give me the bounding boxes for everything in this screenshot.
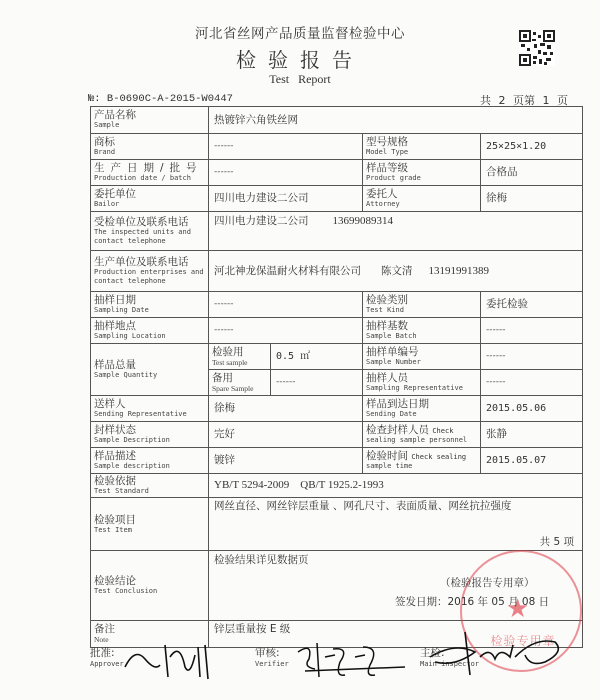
production-enterprise-name: 河北神龙保温耐火材料有限公司 bbox=[214, 265, 361, 277]
label-en-inline: Check sealing bbox=[411, 453, 466, 461]
row-test-standard: 检验依据Test Standard YB/T 5294-2009 QB/T 19… bbox=[91, 474, 583, 498]
sending-date-value: 2015.05.06 bbox=[481, 396, 583, 422]
stamp-label: （检验报告专用章） bbox=[440, 575, 535, 590]
report-title: 检验报告 bbox=[0, 44, 600, 73]
label-cn: 委托单位 bbox=[94, 188, 205, 200]
label-en: Test Item bbox=[94, 526, 205, 535]
row-brand: 商标Brand ------ 型号规格Model Type 25×25×1.20 bbox=[91, 134, 583, 160]
label-en: sealing sample personnel bbox=[366, 436, 477, 445]
inspected-units-value: 四川电力建设二公司13699089314 bbox=[209, 212, 583, 251]
label-en: Sample Number bbox=[366, 358, 477, 367]
label-en: Sending Date bbox=[366, 410, 477, 419]
label-cn: 抽样单编号 bbox=[366, 346, 477, 358]
signature-row: 批准: Approver 审核: Verifier 主检: Main inspe… bbox=[90, 645, 582, 685]
label-cn: 检验项目 bbox=[94, 514, 205, 526]
label-cn: 样品总量 bbox=[94, 359, 205, 371]
production-enterprise-phone: 13191991389 bbox=[429, 265, 490, 277]
label-en: Sample Description bbox=[94, 436, 205, 445]
production-enterprise-value: 河北神龙保温耐火材料有限公司陈文清13191991389 bbox=[209, 251, 583, 292]
row-production-enterprise: 生产单位及联系电话Production enterprises and cont… bbox=[91, 251, 583, 292]
label-cn: 备注 bbox=[94, 623, 205, 635]
sampling-location-label: 抽样地点Sampling Location bbox=[91, 318, 209, 344]
verifier-handwriting-icon bbox=[295, 637, 410, 682]
row-inspected-units: 受检单位及联系电话The inspected units and contact… bbox=[91, 212, 583, 251]
spare-sample-label: 备用Spare Sample bbox=[209, 370, 271, 396]
model-type-value: 25×25×1.20 bbox=[481, 134, 583, 160]
row-production-date: 生产日期/批号Production date / batch ------ 样品… bbox=[91, 160, 583, 186]
spare-sample-value: ------ bbox=[271, 370, 363, 396]
production-date-value: ------ bbox=[209, 160, 363, 186]
label-cn: 审核: bbox=[255, 645, 289, 660]
seal-state-value: 完好 bbox=[209, 422, 363, 448]
label-en: Test sample bbox=[212, 358, 267, 368]
production-date-label: 生产日期/批号Production date / batch bbox=[91, 160, 209, 186]
label-cn: 抽样人员 bbox=[366, 372, 477, 384]
test-item-list: 网丝直径、网丝锌层重量 、网孔尺寸、表面质量、网丝抗拉强度 bbox=[214, 500, 579, 512]
label-cn: 抽样日期 bbox=[94, 294, 205, 306]
row-sample-desc: 样品描述Sample description 镀锌 检验时间 Check sea… bbox=[91, 448, 583, 474]
label-cn: 检查封样人员 bbox=[366, 424, 429, 436]
label-en: Test Conclusion bbox=[94, 587, 205, 596]
label-cn: 检验用 bbox=[212, 346, 267, 358]
test-item-value: 网丝直径、网丝锌层重量 、网孔尺寸、表面质量、网丝抗拉强度 共 5 项 bbox=[209, 498, 583, 551]
row-sampling-date: 抽样日期Sampling Date ------ 检验类别Test Kind 委… bbox=[91, 292, 583, 318]
label-cn: 产品名称 bbox=[94, 109, 205, 121]
verifier-signature: 审核: Verifier bbox=[255, 645, 289, 669]
production-enterprise-label: 生产单位及联系电话Production enterprises and cont… bbox=[91, 251, 209, 292]
label-en: Sampling Representative bbox=[366, 384, 477, 393]
sample-value: 热镀锌六角铁丝网 bbox=[209, 107, 583, 134]
label-cn: 商标 bbox=[94, 136, 205, 148]
attorney-value: 徐梅 bbox=[481, 186, 583, 212]
report-subtitle: Test Report bbox=[0, 72, 600, 87]
label-cn: 封样状态 bbox=[94, 424, 205, 436]
row-bailor: 委托单位Bailor 四川电力建设二公司 委托人Attorney 徐梅 bbox=[91, 186, 583, 212]
label-cn: 抽样基数 bbox=[366, 320, 477, 332]
test-standard-value: YB/T 5294-2009 QB/T 1925.2-1993 bbox=[209, 474, 583, 498]
test-conclusion-label: 检验结论Test Conclusion bbox=[91, 551, 209, 621]
brand-label: 商标Brand bbox=[91, 134, 209, 160]
label-cn: 抽样地点 bbox=[94, 320, 205, 332]
label-en: Product grade bbox=[366, 174, 477, 183]
label-cn: 检验时间 bbox=[366, 450, 408, 462]
label-cn: 检验类别 bbox=[366, 294, 477, 306]
sample-label: 产品名称Sample bbox=[91, 107, 209, 134]
bailor-label: 委托单位Bailor bbox=[91, 186, 209, 212]
inspected-units-phone: 13699089314 bbox=[333, 215, 394, 227]
label-cn: 送样人 bbox=[94, 398, 205, 410]
test-standard-label: 检验依据Test Standard bbox=[91, 474, 209, 498]
test-item-count: 共 5 项 bbox=[540, 536, 574, 548]
row-sending: 送样人Sending Representative 徐梅 样品到达日期Sendi… bbox=[91, 396, 583, 422]
label-cn: 样品描述 bbox=[94, 450, 205, 462]
test-item-label: 检验项目Test Item bbox=[91, 498, 209, 551]
label-en: Model Type bbox=[366, 148, 477, 157]
sample-batch-label: 抽样基数Sample Batch bbox=[363, 318, 481, 344]
brand-value: ------ bbox=[209, 134, 363, 160]
seal-checker-label: 检查封样人员 Checksealing sample personnel bbox=[363, 422, 481, 448]
bailor-value: 四川电力建设二公司 bbox=[209, 186, 363, 212]
label-cn: 备用 bbox=[212, 372, 267, 384]
label-en: Sending Representative bbox=[94, 410, 205, 419]
label-en: sample time bbox=[366, 462, 477, 471]
sending-date-label: 样品到达日期Sending Date bbox=[363, 396, 481, 422]
label-en: Sample Quantity bbox=[94, 371, 205, 380]
row-seal-state: 封样状态Sample Description 完好 检查封样人员 Checkse… bbox=[91, 422, 583, 448]
test-kind-value: 委托检验 bbox=[481, 292, 583, 318]
row-sample-quantity-test: 样品总量Sample Quantity 检验用Test sample 0.5 ㎡… bbox=[91, 344, 583, 370]
sample-desc-label: 样品描述Sample description bbox=[91, 448, 209, 474]
report-number: №: B-0690C-A-2015-W0447 bbox=[88, 93, 233, 105]
label-en: Sampling Date bbox=[94, 306, 205, 315]
label-en: Sample Batch bbox=[366, 332, 477, 341]
label-cn: 受检单位及联系电话 bbox=[94, 216, 205, 228]
inspected-units-label: 受检单位及联系电话The inspected units and contact… bbox=[91, 212, 209, 251]
row-sample: 产品名称Sample 热镀锌六角铁丝网 bbox=[91, 107, 583, 134]
attorney-label: 委托人Attorney bbox=[363, 186, 481, 212]
label-cn: 生产日期/批号 bbox=[94, 162, 205, 174]
label-en: Attorney bbox=[366, 200, 477, 209]
label-cn: 检验结论 bbox=[94, 575, 205, 587]
sample-quantity-label: 样品总量Sample Quantity bbox=[91, 344, 209, 396]
label-en: Spare Sample bbox=[212, 384, 267, 394]
label-cn: 生产单位及联系电话 bbox=[94, 256, 205, 268]
test-sample-value: 0.5 ㎡ bbox=[271, 344, 363, 370]
test-kind-label: 检验类别Test Kind bbox=[363, 292, 481, 318]
label-cn: 批准: bbox=[90, 645, 124, 660]
label-cn: 检验依据 bbox=[94, 475, 205, 487]
issue-date: 签发日期：2016 年 05 月 08 日 bbox=[395, 594, 549, 609]
label-en: Sampling Location bbox=[94, 332, 205, 341]
production-enterprise-contact: 陈文清 bbox=[381, 265, 413, 277]
sample-number-label: 抽样单编号Sample Number bbox=[363, 344, 481, 370]
label-cn: 委托人 bbox=[366, 188, 477, 200]
label-en: Approver bbox=[90, 660, 124, 669]
sample-batch-value: ------ bbox=[481, 318, 583, 344]
sampling-date-value: ------ bbox=[209, 292, 363, 318]
inspected-units-name: 四川电力建设二公司 bbox=[214, 215, 309, 227]
label-en: Test Kind bbox=[366, 306, 477, 315]
sending-representative-label: 送样人Sending Representative bbox=[91, 396, 209, 422]
qr-code-icon bbox=[519, 30, 555, 66]
approver-signature: 批准: Approver bbox=[90, 645, 124, 669]
product-grade-value: 合格品 bbox=[481, 160, 583, 186]
sampling-representative-value: ------ bbox=[481, 370, 583, 396]
organization-name: 河北省丝网产品质量监督检验中心 bbox=[0, 22, 600, 42]
product-grade-label: 样品等级Product grade bbox=[363, 160, 481, 186]
label-en: Verifier bbox=[255, 660, 289, 669]
sampling-location-value: ------ bbox=[209, 318, 363, 344]
check-time-value: 2015.05.07 bbox=[481, 448, 583, 474]
label-en: Production date / batch bbox=[94, 174, 205, 183]
label-en: Bailor bbox=[94, 200, 205, 209]
sample-desc-value: 镀锌 bbox=[209, 448, 363, 474]
main-inspector-handwriting-icon bbox=[425, 627, 575, 682]
row-test-item: 检验项目Test Item 网丝直径、网丝锌层重量 、网孔尺寸、表面质量、网丝抗… bbox=[91, 498, 583, 551]
label-en: Sample bbox=[94, 121, 205, 130]
label-cn: 型号规格 bbox=[366, 136, 477, 148]
seal-checker-value: 张静 bbox=[481, 422, 583, 448]
label-cn: 样品到达日期 bbox=[366, 398, 477, 410]
model-type-label: 型号规格Model Type bbox=[363, 134, 481, 160]
test-sample-label: 检验用Test sample bbox=[209, 344, 271, 370]
approver-handwriting-icon bbox=[120, 637, 215, 682]
label-cn: 样品等级 bbox=[366, 162, 477, 174]
label-en: Brand bbox=[94, 148, 205, 157]
label-en: The inspected units and contact telephon… bbox=[94, 228, 205, 246]
row-sampling-location: 抽样地点Sampling Location ------ 抽样基数Sample … bbox=[91, 318, 583, 344]
label-en-inline: Check bbox=[432, 427, 453, 435]
seal-state-label: 封样状态Sample Description bbox=[91, 422, 209, 448]
sampling-date-label: 抽样日期Sampling Date bbox=[91, 292, 209, 318]
sample-number-value: ------ bbox=[481, 344, 583, 370]
check-time-label: 检验时间 Check sealingsample time bbox=[363, 448, 481, 474]
sampling-representative-label: 抽样人员Sampling Representative bbox=[363, 370, 481, 396]
label-en: Test Standard bbox=[94, 487, 205, 496]
sending-representative-value: 徐梅 bbox=[209, 396, 363, 422]
label-en: Production enterprises and contact telep… bbox=[94, 268, 205, 286]
label-en: Sample description bbox=[94, 462, 205, 471]
